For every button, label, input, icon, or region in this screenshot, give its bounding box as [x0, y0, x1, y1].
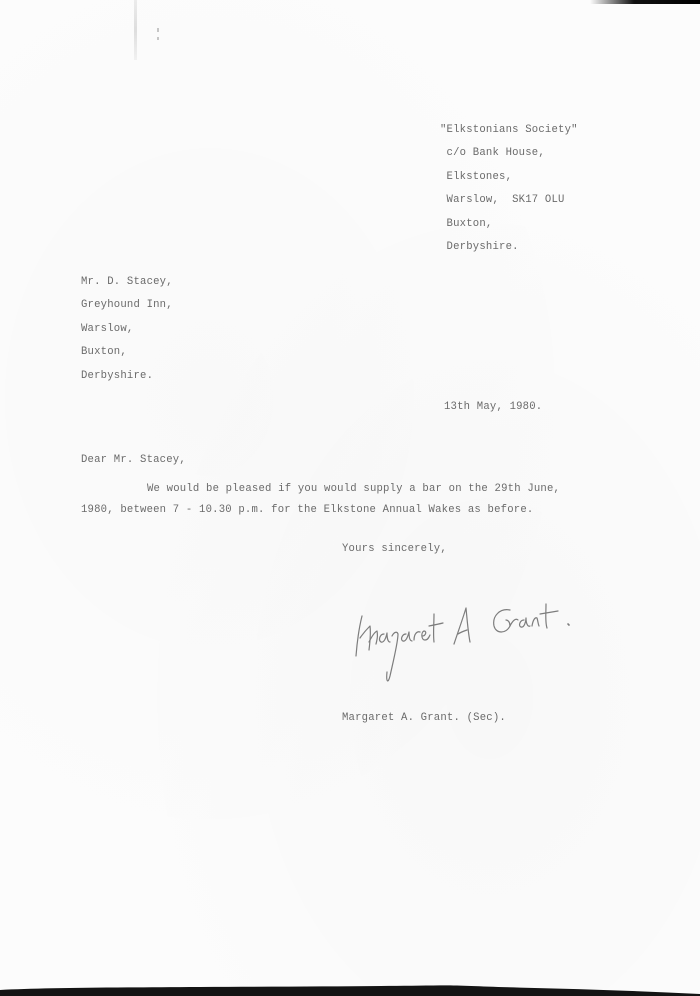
sender-address-line: "Elkstonians Society" [440, 124, 578, 147]
handwritten-signature [350, 598, 590, 688]
sender-address-line: c/o Bank House, [440, 147, 578, 170]
recipient-address: Mr. D. Stacey, Greyhound Inn, Warslow, B… [81, 276, 173, 393]
punch-hole-mark [157, 28, 159, 32]
recipient-address-line: Buxton, [81, 346, 173, 369]
sender-address-line: Derbyshire. [440, 241, 578, 264]
letter-date: 13th May, 1980. [444, 402, 542, 413]
sender-address-line: Elkstones, [440, 171, 578, 194]
scan-bottom-edge [0, 982, 700, 996]
sender-address: "Elkstonians Society" c/o Bank House, El… [440, 124, 578, 264]
body-paragraph-line: 1980, between 7 - 10.30 p.m. for the Elk… [81, 505, 533, 516]
sender-address-line: Warslow, SK17 OLU [440, 194, 578, 217]
letter-page: "Elkstonians Society" c/o Bank House, El… [0, 0, 700, 996]
scan-top-edge [590, 0, 700, 4]
recipient-address-line: Greyhound Inn, [81, 299, 173, 322]
sender-address-line: Buxton, [440, 218, 578, 241]
typed-signatory-name: Margaret A. Grant. (Sec). [342, 713, 506, 724]
body-paragraph-line: We would be pleased if you would supply … [147, 484, 560, 495]
recipient-address-line: Mr. D. Stacey, [81, 276, 173, 299]
punch-hole-mark [157, 37, 159, 40]
recipient-address-line: Warslow, [81, 323, 173, 346]
salutation: Dear Mr. Stacey, [81, 455, 186, 466]
scan-streak-mark [134, 0, 137, 60]
recipient-address-line: Derbyshire. [81, 370, 173, 393]
closing: Yours sincerely, [342, 544, 447, 555]
